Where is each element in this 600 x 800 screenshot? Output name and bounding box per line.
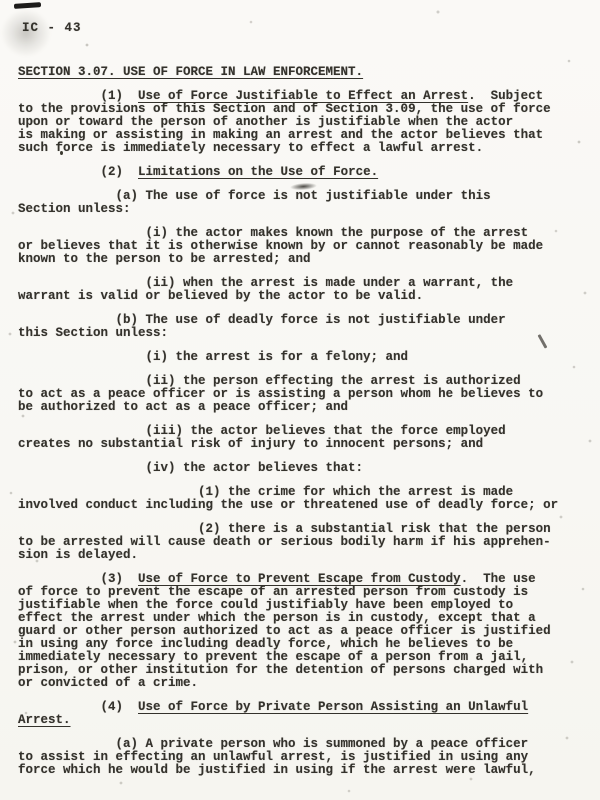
- text-segment: is making or assisting in making an arre…: [18, 128, 543, 142]
- text-segment: (2) there is a substantial risk that the…: [18, 522, 551, 536]
- document-line: Arrest.: [18, 714, 592, 727]
- paragraph-2a-ii: (ii) when the arrest is made under a war…: [18, 277, 592, 303]
- section-heading: SECTION 3.07. USE OF FORCE IN LAW ENFORC…: [18, 66, 363, 79]
- paragraph-2b-ii: (ii) the person effecting the arrest is …: [18, 375, 592, 414]
- text-segment: guard or other person authorized to act …: [18, 624, 551, 638]
- text-segment: or convicted of a crime.: [18, 676, 198, 690]
- text-segment: upon or toward the person of another is …: [18, 115, 513, 129]
- paragraph-2b-iv: (iv) the actor believes that:: [18, 462, 592, 475]
- document-body: (1) Use of Force Justifiable to Effect a…: [18, 90, 592, 777]
- paragraph-2-limitations-heading: (2) Limitations on the Use of Force.: [18, 166, 592, 179]
- paper-speckles-artifact: [0, 0, 2, 2]
- underlined-phrase: Use of Force to Prevent Escape from Cust…: [138, 572, 461, 586]
- paragraph-2b-iv-1: (1) the crime for which the arrest is ma…: [18, 486, 592, 512]
- document-line: force which he would be justified in usi…: [18, 764, 592, 777]
- text-segment: to the provisions of this Section and of…: [18, 102, 551, 116]
- corner-ink-smear-artifact: [14, 2, 41, 9]
- text-segment: involved conduct including the use or th…: [18, 498, 558, 512]
- text-segment: (i) the actor makes known the purpose of…: [18, 226, 528, 240]
- text-segment: or believes that it is otherwise known b…: [18, 239, 543, 253]
- underlined-phrase: Use of Force Justifiable to Effect an Ar…: [138, 89, 468, 103]
- text-segment: effect the arrest under which the person…: [18, 611, 536, 625]
- text-segment: (i) the arrest is for a felony; and: [18, 350, 408, 364]
- paragraph-4a: (a) A private person who is summoned by …: [18, 738, 592, 777]
- text-segment: of force to prevent the escape of an arr…: [18, 585, 528, 599]
- text-segment: justifiable when the force could justifi…: [18, 598, 513, 612]
- text-segment: prison, or other institution for the det…: [18, 663, 543, 677]
- page-number-label: IC - 43: [22, 22, 592, 35]
- document-line: or convicted of a crime.: [18, 677, 592, 690]
- document-line: warrant is valid or believed by the acto…: [18, 290, 592, 303]
- document-line: creates no substantial risk of injury to…: [18, 438, 592, 451]
- text-segment: (iii) the actor believes that the force …: [18, 424, 506, 438]
- document-line: involved conduct including the use or th…: [18, 499, 592, 512]
- text-segment: to assist in effecting an unlawful arres…: [18, 750, 528, 764]
- text-segment: (iv) the actor believes that:: [18, 461, 363, 475]
- text-segment: warrant is valid or believed by the acto…: [18, 289, 423, 303]
- text-segment: be authorized to act as a peace officer;…: [18, 400, 348, 414]
- paragraph-2b-iv-2: (2) there is a substantial risk that the…: [18, 523, 592, 562]
- paragraph-2a: (a) The use of force is not justifiable …: [18, 190, 592, 216]
- text-segment: to be arrested will cause death or serio…: [18, 535, 551, 549]
- document-line: known to the person to be arrested; and: [18, 253, 592, 266]
- text-segment: (1): [18, 89, 138, 103]
- text-segment: in using any force including deadly forc…: [18, 637, 513, 651]
- document-line: (4) Use of Force by Private Person Assis…: [18, 701, 592, 714]
- text-segment: creates no substantial risk of injury to…: [18, 437, 483, 451]
- text-segment: (a) The use of force is not justifiable …: [18, 189, 491, 203]
- text-segment: (b) The use of deadly force is not justi…: [18, 313, 506, 327]
- text-segment: (a) A private person who is summoned by …: [18, 737, 528, 751]
- document-line: such force is immediately necessary to e…: [18, 142, 592, 155]
- text-segment: (4): [18, 700, 138, 714]
- text-segment: force which he would be justified in usi…: [18, 763, 536, 777]
- text-segment: to act as a peace officer or is assistin…: [18, 387, 543, 401]
- document-line: sion is delayed.: [18, 549, 592, 562]
- document-line: be authorized to act as a peace officer;…: [18, 401, 592, 414]
- document-line: this Section unless:: [18, 327, 592, 340]
- page-content: IC - 43 SECTION 3.07. USE OF FORCE IN LA…: [18, 22, 592, 777]
- underlined-phrase: Arrest.: [18, 713, 71, 727]
- text-segment: (ii) the person effecting the arrest is …: [18, 374, 521, 388]
- text-segment: (2): [18, 165, 138, 179]
- text-segment: . The use: [461, 572, 536, 586]
- paragraph-2b: (b) The use of deadly force is not justi…: [18, 314, 592, 340]
- text-segment: known to the person to be arrested; and: [18, 252, 311, 266]
- text-segment: such force is immediately necessary to e…: [18, 141, 483, 155]
- paragraph-2b-i: (i) the arrest is for a felony; and: [18, 351, 592, 364]
- text-segment: sion is delayed.: [18, 548, 138, 562]
- paragraph-4-private-person-heading: (4) Use of Force by Private Person Assis…: [18, 701, 592, 727]
- text-segment: immediately necessary to prevent the esc…: [18, 650, 528, 664]
- document-line: (2) Limitations on the Use of Force.: [18, 166, 592, 179]
- scanned-document-page: IC - 43 SECTION 3.07. USE OF FORCE IN LA…: [0, 0, 600, 800]
- document-line: (i) the arrest is for a felony; and: [18, 351, 592, 364]
- paragraph-3-prevent-escape: (3) Use of Force to Prevent Escape from …: [18, 573, 592, 690]
- text-segment: this Section unless:: [18, 326, 168, 340]
- paragraph-1-use-of-force-justifiable: (1) Use of Force Justifiable to Effect a…: [18, 90, 592, 155]
- document-line: (iv) the actor believes that:: [18, 462, 592, 475]
- text-segment: . Subject: [468, 89, 543, 103]
- text-segment: (ii) when the arrest is made under a war…: [18, 276, 513, 290]
- text-segment: Section unless:: [18, 202, 131, 216]
- paragraph-2a-i: (i) the actor makes known the purpose of…: [18, 227, 592, 266]
- text-segment: (3): [18, 572, 138, 586]
- text-segment: (1) the crime for which the arrest is ma…: [18, 485, 513, 499]
- underlined-phrase: Limitations on the Use of Force.: [138, 165, 378, 179]
- underlined-phrase: Use of Force by Private Person Assisting…: [138, 700, 528, 714]
- paragraph-2b-iii: (iii) the actor believes that the force …: [18, 425, 592, 451]
- document-line: Section unless:: [18, 203, 592, 216]
